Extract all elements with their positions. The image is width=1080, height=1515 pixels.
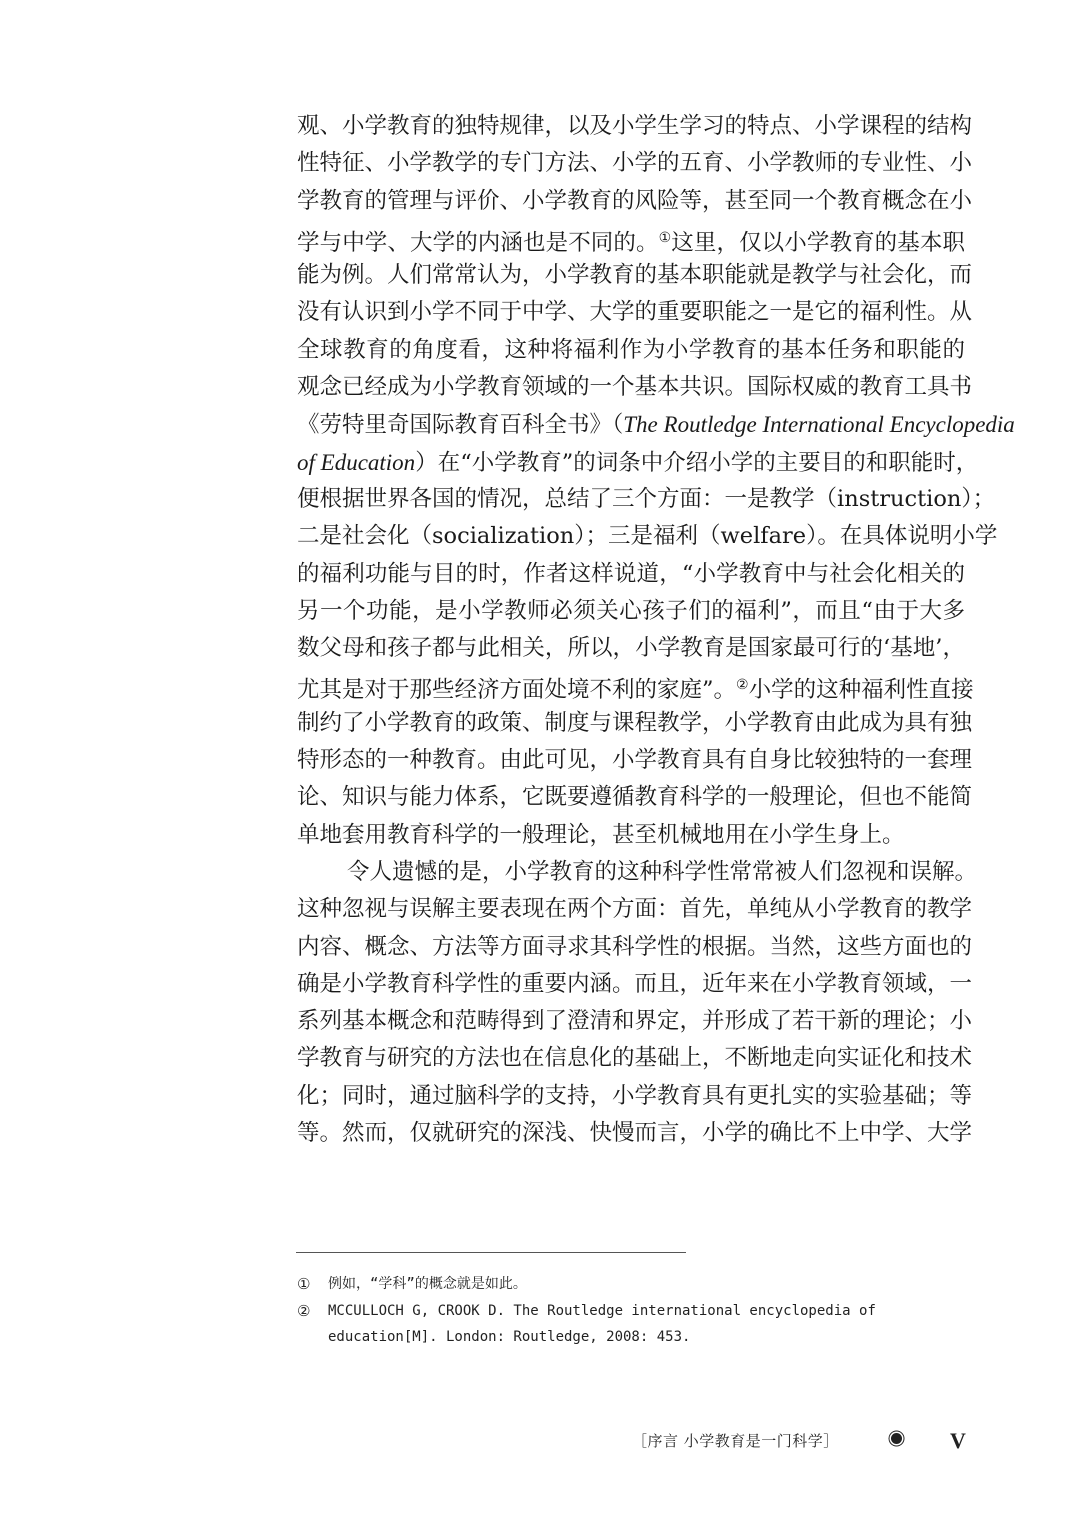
footnote-ref-2[interactable]: ② (736, 677, 749, 693)
text-line: 内容、概念、方法等方面寻求其科学性的根据。当然，这些方面也的 (297, 929, 965, 966)
text-line: 化；同时，通过脑科学的支持，小学教育具有更扎实的实验基础；等 (297, 1078, 965, 1115)
text-line: 二是社会化（socialization）；三是福利（welfare）。在具体说明… (297, 518, 965, 555)
book-title-italic: of Education (297, 450, 415, 475)
text-line: 能为例。人们常常认为，小学教育的基本职能就是教学与社会化，而 (297, 257, 965, 294)
paragraph-start-line: 令人遗憾的是，小学教育的这种科学性常常被人们忽视和误解。 (297, 854, 965, 891)
text-segment: ）在“小学教育”的词条中介绍小学的主要目的和职能时， (415, 450, 978, 476)
running-footer: ［序言 小学教育是一门科学］ V (632, 1428, 972, 1452)
text-line: 特形态的一种教育。由此可见，小学教育具有自身比较独特的一套理 (297, 742, 965, 779)
footnote-text: MCCULLOCH G, CROOK D. The Routledge inte… (328, 1298, 937, 1351)
text-line: 的福利功能与目的时，作者这样说道，“小学教育中与社会化相关的 (297, 556, 965, 593)
text-segment: 这里，仅以小学教育的基本职 (671, 230, 965, 256)
text-line: 等。然而，仅就研究的深浅、快慢而言，小学的确比不上中学、大学 (297, 1115, 965, 1152)
text-line: 单地套用教育科学的一般理论，甚至机械地用在小学生身上。 (297, 817, 965, 854)
text-line: 这种忽视与误解主要表现在两个方面：首先，单纯从小学教育的教学 (297, 891, 965, 928)
text-line: 确是小学教育科学性的重要内涵。而且，近年来在小学教育领域，一 (297, 966, 965, 1003)
running-title: ［序言 小学教育是一门科学］ (632, 1430, 839, 1451)
text-line: 全球教育的角度看，这种将福利作为小学教育的基本任务和职能的 (297, 332, 965, 369)
text-line: 系列基本概念和范畴得到了澄清和界定，并形成了若干新的理论；小 (297, 1003, 965, 1040)
text-line: 观、小学教育的独特规律，以及小学生学习的特点、小学课程的结构 (297, 108, 965, 145)
body-text: 观、小学教育的独特规律，以及小学生学习的特点、小学课程的结构 性特征、小学教学的… (297, 108, 965, 1152)
text-line: 《劳特里奇国际教育百科全书》（The Routledge Internation… (297, 406, 965, 443)
text-line: 另一个功能，是小学教师必须关心孩子们的福利”，而且“由于大多 (297, 593, 965, 630)
text-segment: 尤其是对于那些经济方面处境不利的家庭”。 (297, 677, 736, 703)
text-line: 学与中学、大学的内涵也是不同的。①这里，仅以小学教育的基本职 (297, 220, 965, 257)
text-line: 数父母和孩子都与此相关，所以，小学教育是国家最可行的‘基地’， (297, 630, 965, 667)
footnotes: ① 例如，“学科”的概念就是如此。 ② MCCULLOCH G, CROOK D… (297, 1271, 937, 1351)
footnote-ref-1[interactable]: ① (659, 230, 672, 246)
text-line: 观念已经成为小学教育领域的一个基本共识。国际权威的教育工具书 (297, 369, 965, 406)
page-number: V (950, 1428, 966, 1454)
footnote-marker: ① (297, 1271, 328, 1298)
text-segment: 小学的这种福利性直接 (749, 677, 974, 703)
book-page: 观、小学教育的独特规律，以及小学生学习的特点、小学课程的结构 性特征、小学教学的… (0, 0, 1080, 1515)
text-line: 没有认识到小学不同于中学、大学的重要职能之一是它的福利性。从 (297, 294, 965, 331)
book-title-italic: The Routledge International Encyclopedia (623, 412, 1015, 437)
footnote-text: 例如，“学科”的概念就是如此。 (328, 1271, 937, 1298)
text-line: 学教育的管理与评价、小学教育的风险等，甚至同一个教育概念在小 (297, 183, 965, 220)
footnote-divider (296, 1252, 686, 1253)
text-segment: 《劳特里奇国际教育百科全书》（ (297, 412, 623, 438)
text-segment: 学与中学、大学的内涵也是不同的。 (297, 230, 659, 256)
footnote-2: ② MCCULLOCH G, CROOK D. The Routledge in… (297, 1298, 937, 1351)
text-line: 便根据世界各国的情况，总结了三个方面：一是教学（instruction）； (297, 481, 965, 518)
text-line: of Education）在“小学教育”的词条中介绍小学的主要目的和职能时， (297, 444, 965, 481)
text-line: 论、知识与能力体系，它既要遵循教育科学的一般理论，但也不能简 (297, 779, 965, 816)
text-line: 制约了小学教育的政策、制度与课程教学，小学教育由此成为具有独 (297, 705, 965, 742)
text-line: 尤其是对于那些经济方面处境不利的家庭”。②小学的这种福利性直接 (297, 667, 965, 704)
footnote-marker: ② (297, 1298, 328, 1351)
text-line: 性特征、小学教学的专门方法、小学的五育、小学教师的专业性、小 (297, 145, 965, 182)
footnote-1: ① 例如，“学科”的概念就是如此。 (297, 1271, 937, 1298)
text-line: 学教育与研究的方法也在信息化的基础上，不断地走向实证化和技术 (297, 1040, 965, 1077)
bullet-icon (891, 1433, 902, 1444)
